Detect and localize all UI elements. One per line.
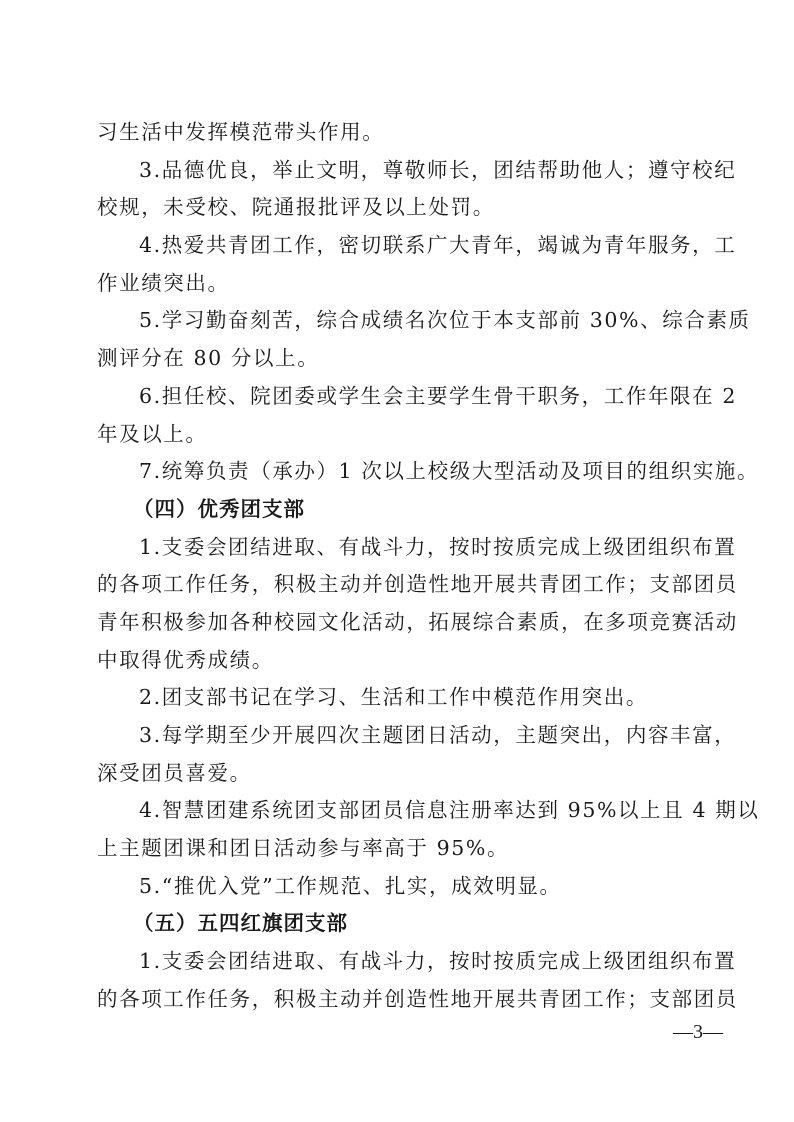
document-page: 习生活中发挥模范带头作用。 3.品德优良，举止文明，尊敬师长，团结帮助他人；遵守… [0,0,794,1122]
list-item-line: 2.团支部书记在学习、生活和工作中模范作用突出。 [97,679,717,717]
list-item-line: 5.学习勤奋刻苦，综合成绩名次位于本支部前 30%、综合素质 [97,302,717,340]
section-heading: （四）优秀团支部 [97,491,717,529]
paragraph-line: 校规，未受校、院通报批评及以上处罚。 [97,189,717,227]
paragraph-line: 年及以上。 [97,416,717,454]
paragraph-line: 青年积极参加各种校园文化活动，拓展综合素质，在多项竞赛活动 [97,604,717,642]
list-item-line: 1.支委会团结进取、有战斗力，按时按质完成上级团组织布置 [97,943,717,981]
page-number: —3— [660,1018,736,1046]
list-item-line: 7.统筹负责（承办）1 次以上校级大型活动及项目的组织实施。 [97,453,717,491]
list-item-line: 3.每学期至少开展四次主题团日活动，主题突出，内容丰富， [97,717,717,755]
list-item-line: 5.“推优入党”工作规范、扎实，成效明显。 [97,868,717,906]
paragraph-line: 的各项工作任务，积极主动并创造性地开展共青团工作；支部团员 [97,566,717,604]
list-item-line: 4.智慧团建系统团支部团员信息注册率达到 95%以上且 4 期以 [97,792,717,830]
paragraph-line: 习生活中发挥模范带头作用。 [97,114,717,152]
section-heading: （五）五四红旗团支部 [97,905,717,943]
paragraph-line: 作业绩突出。 [97,265,717,303]
list-item-line: 4.热爱共青团工作，密切联系广大青年，竭诚为青年服务，工 [97,227,717,265]
paragraph-line: 深受团员喜爱。 [97,755,717,793]
list-item-line: 3.品德优良，举止文明，尊敬师长，团结帮助他人；遵守校纪 [97,152,717,190]
paragraph-line: 上主题团课和团日活动参与率高于 95%。 [97,830,717,868]
list-item-line: 1.支委会团结进取、有战斗力，按时按质完成上级团组织布置 [97,529,717,567]
paragraph-line: 测评分在 80 分以上。 [97,340,717,378]
list-item-line: 6.担任校、院团委或学生会主要学生骨干职务，工作年限在 2 [97,378,717,416]
document-body: 习生活中发挥模范带头作用。 3.品德优良，举止文明，尊敬师长，团结帮助他人；遵守… [97,114,717,1019]
paragraph-line: 的各项工作任务，积极主动并创造性地开展共青团工作；支部团员 [97,981,717,1019]
paragraph-line: 中取得优秀成绩。 [97,642,717,680]
